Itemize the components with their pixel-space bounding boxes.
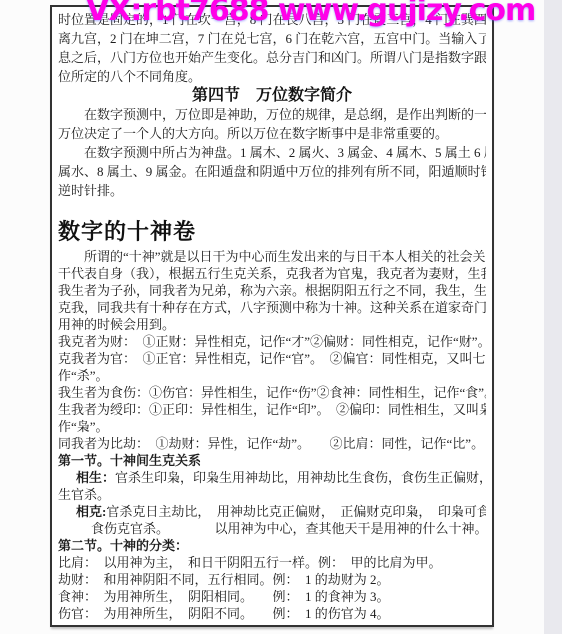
body-line: 位所定的八个不同角度。 (58, 67, 486, 86)
sheng-text: 官杀生印枭，印枭生用神劫比，用神劫比生食伤，食伤生正偏财，正偏财 (115, 470, 486, 485)
body-line: 我克者为财： ①正财：异性相克，记作“才”②偏财：同性相克，记作“财”。 (58, 333, 486, 350)
body-line: 比肩： 以用神为主， 和日干阴阳五行一样。例： 甲的比肩为甲。 (58, 554, 486, 571)
chapter-title: 数字的十神卷 (58, 220, 486, 243)
body-line: 作“杀”。 (58, 367, 486, 384)
ke-text: 官杀克日主劫比， 用神劫比克正偏财， 正偏财克印枭， 印枭可食伤， (106, 504, 486, 519)
scan-right-margin-band (544, 0, 562, 634)
section4-paragraphs: 在数字预测中，万位即是神助，万位的规律，是总纲，是作出判断的一个主线。 万位决定… (58, 105, 486, 200)
body-line: 克我，同我共有十种存在方式，八字预测中称为十神。这种关系在道家奇门预测中找 (58, 299, 486, 316)
part2-heading: 第二节。十神的分类： (58, 537, 486, 554)
sheng-label: 相生： (76, 470, 115, 485)
chapter-body: 所谓的“十神”就是以日干为中心而生发出来的与日干本人相关的社会关系。日 干代表自… (58, 248, 486, 622)
section4-heading: 第四节 万位数字简介 (58, 86, 486, 105)
body-line: 同我者为比劫： ①劫财：异性，记作“劫”。 ②比肩：同性，记作“比”。 (58, 435, 486, 452)
body-line: 克我者为官： ①正官：异性相克，记作“官”。 ②偏官：同性相克，又叫七杀，记 (58, 350, 486, 367)
ke-line-2: 食伤克官杀。 以用神为中心，查其他天干是用神的什么十神。 (58, 520, 486, 537)
ke-line: 相克:官杀克日主劫比， 用神劫比克正偏财， 正偏财克印枭， 印枭可食伤， (58, 503, 486, 520)
part1-heading: 第一节。十神间生克关系 (58, 452, 486, 469)
blank-gap (58, 200, 486, 220)
watermark-text: VX:rbt7688 www.gujizy.com (86, 0, 535, 28)
body-line: 所谓的“十神”就是以日干为中心而生发出来的与日干本人相关的社会关系。日 (58, 248, 486, 265)
body-line: 我生者为子孙，同我者为兄弟，称为六亲。根据阴阳五行之不同，我生，生我，我克， (58, 282, 486, 299)
body-line: 伤官： 为用神所生， 阴阳不同。 例： 1 的伤官为 4。 (58, 605, 486, 622)
page-frame: 时位置是固定的，1 门在坎一宫，8 门在艮八宫，3 门在震三宫，4 门在巽四宫，… (50, 5, 494, 627)
body-line: 劫财： 和用神阴阳不同，五行相同。例： 1 的劫财为 2。 (58, 571, 486, 588)
body-line: 逆时针排。 (58, 181, 486, 200)
body-line: 万位决定了一个人的大方向。所以万位在数字断事中是非常重要的。 (58, 124, 486, 143)
body-line: 作“枭”。 (58, 418, 486, 435)
body-line: 在数字预测中，万位即是神助，万位的规律，是总纲，是作出判断的一个主线。 (58, 105, 486, 124)
body-line: 食神： 为用神所生， 阴阳相同。 例： 1 的食神为 3。 (58, 588, 486, 605)
sheng-line: 相生：官杀生印枭，印枭生用神劫比，用神劫比生食伤，食伤生正偏财，正偏财 (58, 469, 486, 486)
body-line: 生我者为绶印：①正印：异性相生，记作“印”。 ②偏印：同性相生，又叫枭神，记 (58, 401, 486, 418)
body-line: 干代表自身（我），根据五行生克关系，克我者为官鬼，我克者为妻财，生我者为印绶， (58, 265, 486, 282)
sheng-line-2: 生官杀。 (58, 486, 486, 503)
body-line: 息之后，八门方位也开始产生变化。总分吉门和凶门。所谓八门是指数字跟据八卦方 (58, 48, 486, 67)
body-line: 在数字预测中所占为神盘。1 属木、2 属火、3 属金、4 属木、5 属土 6 属… (58, 143, 486, 162)
body-line: 离九宫，2 门在坤二宫，7 门在兑七宫，6 门在乾六宫，五宫中门。当输入了时间的… (58, 29, 486, 48)
body-line: 属水、8 属土、9 属金。在阳遁盘和阴遁中万位的排列有所不同，阳遁顺时针排，阴遁 (58, 162, 486, 181)
body-line: 我生者为食伤：①伤官：异性相生，记作“伤”②食神：同性相生，记作“食”。 (58, 384, 486, 401)
ke-label: 相克: (76, 504, 106, 519)
body-line: 用神的时候会用到。 (58, 316, 486, 333)
